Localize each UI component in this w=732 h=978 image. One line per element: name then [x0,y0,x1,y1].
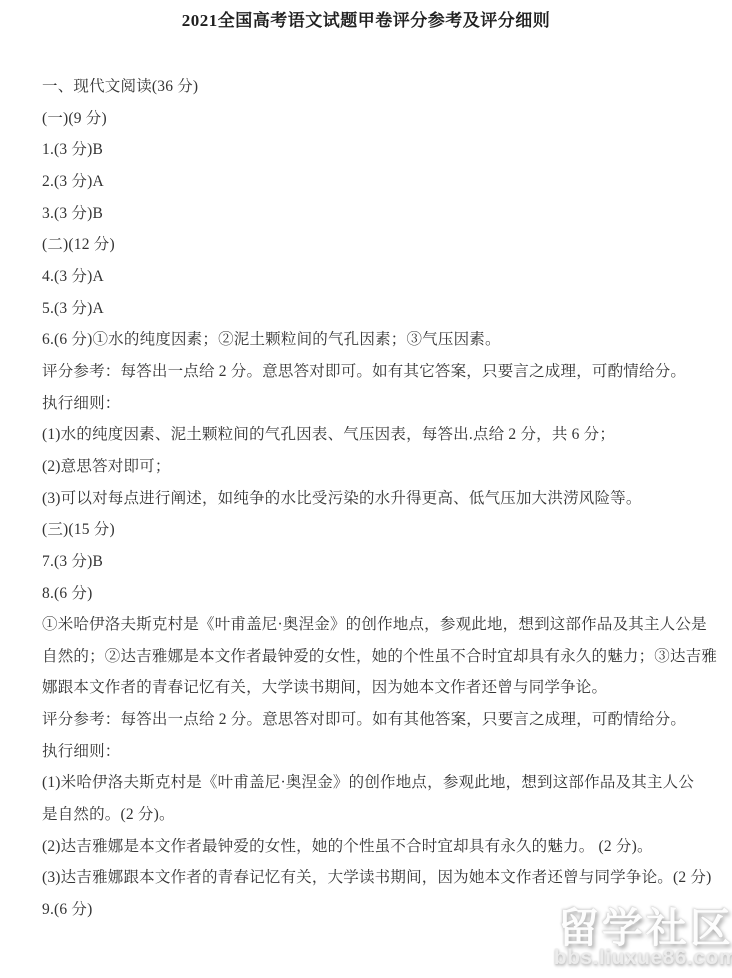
doc-line-section-heading: 一、现代文阅读(36 分) [42,71,694,103]
doc-line-rule: (2)意思答对即可； [42,451,694,483]
doc-line-rule: 是自然的。(2 分)。 [42,799,694,831]
document-body: 一、现代文阅读(36 分) (一)(9 分) 1.(3 分)B 2.(3 分)A… [42,71,694,926]
doc-line-answer: 6.(6 分)①水的纯度因素；②泥土颗粒间的气孔因素；③气压因素。 [42,324,694,356]
doc-line-scoring-reference: 评分参考：每答出一点给 2 分。意思答对即可。如有其他答案，只要言之成理，可酌情… [42,704,694,736]
doc-line-subsection: (一)(9 分) [42,103,694,135]
doc-line-subsection: (二)(12 分) [42,229,694,261]
doc-line-rule: (1)水的纯度因素、泥土颗粒间的气孔因表、气压因表，每答出.点给 2 分，共 6… [42,419,694,451]
doc-line-rule: (2)达吉雅娜是本文作者最钟爱的女性，她的个性虽不合时宜却具有永久的魅力。 (2… [42,831,694,863]
doc-line-answer: 3.(3 分)B [42,198,694,230]
doc-line-rule: (1)米哈伊洛夫斯克村是《叶甫盖尼·奥涅金》的创作地点，参观此地，想到这部作品及… [42,767,694,799]
doc-line-rule: (3)达吉雅娜跟本文作者的青春记忆有关，大学读书期间，因为她本文作者还曾与同学争… [42,862,694,894]
doc-line-answer: 8.(6 分) [42,578,694,610]
doc-line-rules-heading: 执行细则： [42,388,694,420]
doc-line-answer: 自然的；②达吉雅娜是本文作者最钟爱的女性，她的个性虽不合时宜却具有永久的魅力；③… [42,641,694,673]
doc-line-answer: 4.(3 分)A [42,261,694,293]
doc-line-rules-heading: 执行细则： [42,736,694,768]
watermark-site-url: bbs.liuxue86.com [554,947,732,968]
doc-line-answer: 7.(3 分)B [42,546,694,578]
doc-line-subsection: (三)(15 分) [42,514,694,546]
doc-line-answer: 1.(3 分)B [42,134,694,166]
document-page: 2021全国高考语文试题甲卷评分参考及评分细则 一、现代文阅读(36 分) (一… [0,0,732,978]
doc-line-answer: ①米哈伊洛夫斯克村是《叶甫盖尼·奥涅金》的创作地点，参观此地，想到这部作品及其主… [42,609,694,641]
doc-line-answer: 5.(3 分)A [42,293,694,325]
doc-line-rule: (3)可以对每点进行阐述，如纯争的水比受污染的水升得更高、低气压加大洪涝风险等。 [42,483,694,515]
doc-line-scoring-reference: 评分参考：每答出一点给 2 分。意思答对即可。如有其它答案，只要言之成理，可酌情… [42,356,694,388]
doc-line-answer: 9.(6 分) [42,894,694,926]
doc-line-answer: 2.(3 分)A [42,166,694,198]
document-title: 2021全国高考语文试题甲卷评分参考及评分细则 [0,0,732,32]
doc-line-answer: 娜跟本文作者的青春记忆有关，大学读书期间，因为她本文作者还曾与同学争论。 [42,672,694,704]
